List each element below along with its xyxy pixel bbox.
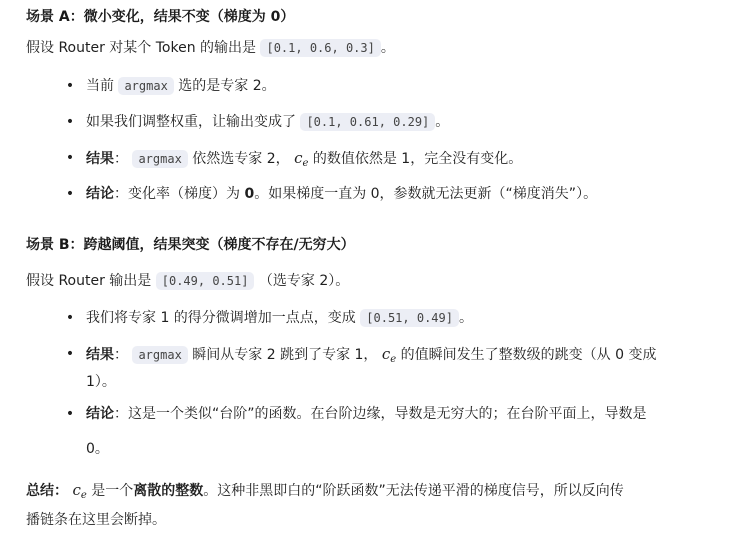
inline-code: [0.1, 0.6, 0.3] xyxy=(260,39,380,57)
summary: 总结： ce 是一个离散的整数。这种非黑即白的“阶跃函数”无法传递平滑的梯度信号… xyxy=(26,480,624,506)
section-b-heading: 场景 B：跨越阈值，结果突变（梯度不存在/无穷大） xyxy=(26,235,355,255)
bullet-icon: • xyxy=(60,404,80,424)
section-a-intro: 假设 Router 对某个 Token 的输出是 [0.1, 0.6, 0.3]… xyxy=(26,38,395,58)
inline-code: [0.51, 0.49] xyxy=(360,309,459,327)
bullet-icon: • xyxy=(60,148,80,168)
inline-code: [0.49, 0.51] xyxy=(156,272,255,290)
section-b-intro: 假设 Router 输出是 [0.49, 0.51] （选专家 2）。 xyxy=(26,271,349,291)
inline-code: argmax xyxy=(132,150,187,168)
bullet-icon: • xyxy=(60,76,80,96)
inline-code: argmax xyxy=(132,346,187,364)
summary-line-2: 播链条在这里会断掉。 xyxy=(26,510,166,530)
math-c-e: ce xyxy=(72,481,86,499)
bullet-icon: • xyxy=(60,184,80,204)
bullet-icon: • xyxy=(60,308,80,328)
inline-code: argmax xyxy=(118,77,173,95)
math-c-e: ce xyxy=(382,345,396,363)
section-a-heading: 场景 A：微小变化，结果不变（梯度为 0） xyxy=(26,7,294,27)
bullet-icon: • xyxy=(60,112,80,132)
math-c-e: ce xyxy=(294,149,308,167)
bullet-icon: • xyxy=(60,344,80,364)
inline-code: [0.1, 0.61, 0.29] xyxy=(300,113,435,131)
